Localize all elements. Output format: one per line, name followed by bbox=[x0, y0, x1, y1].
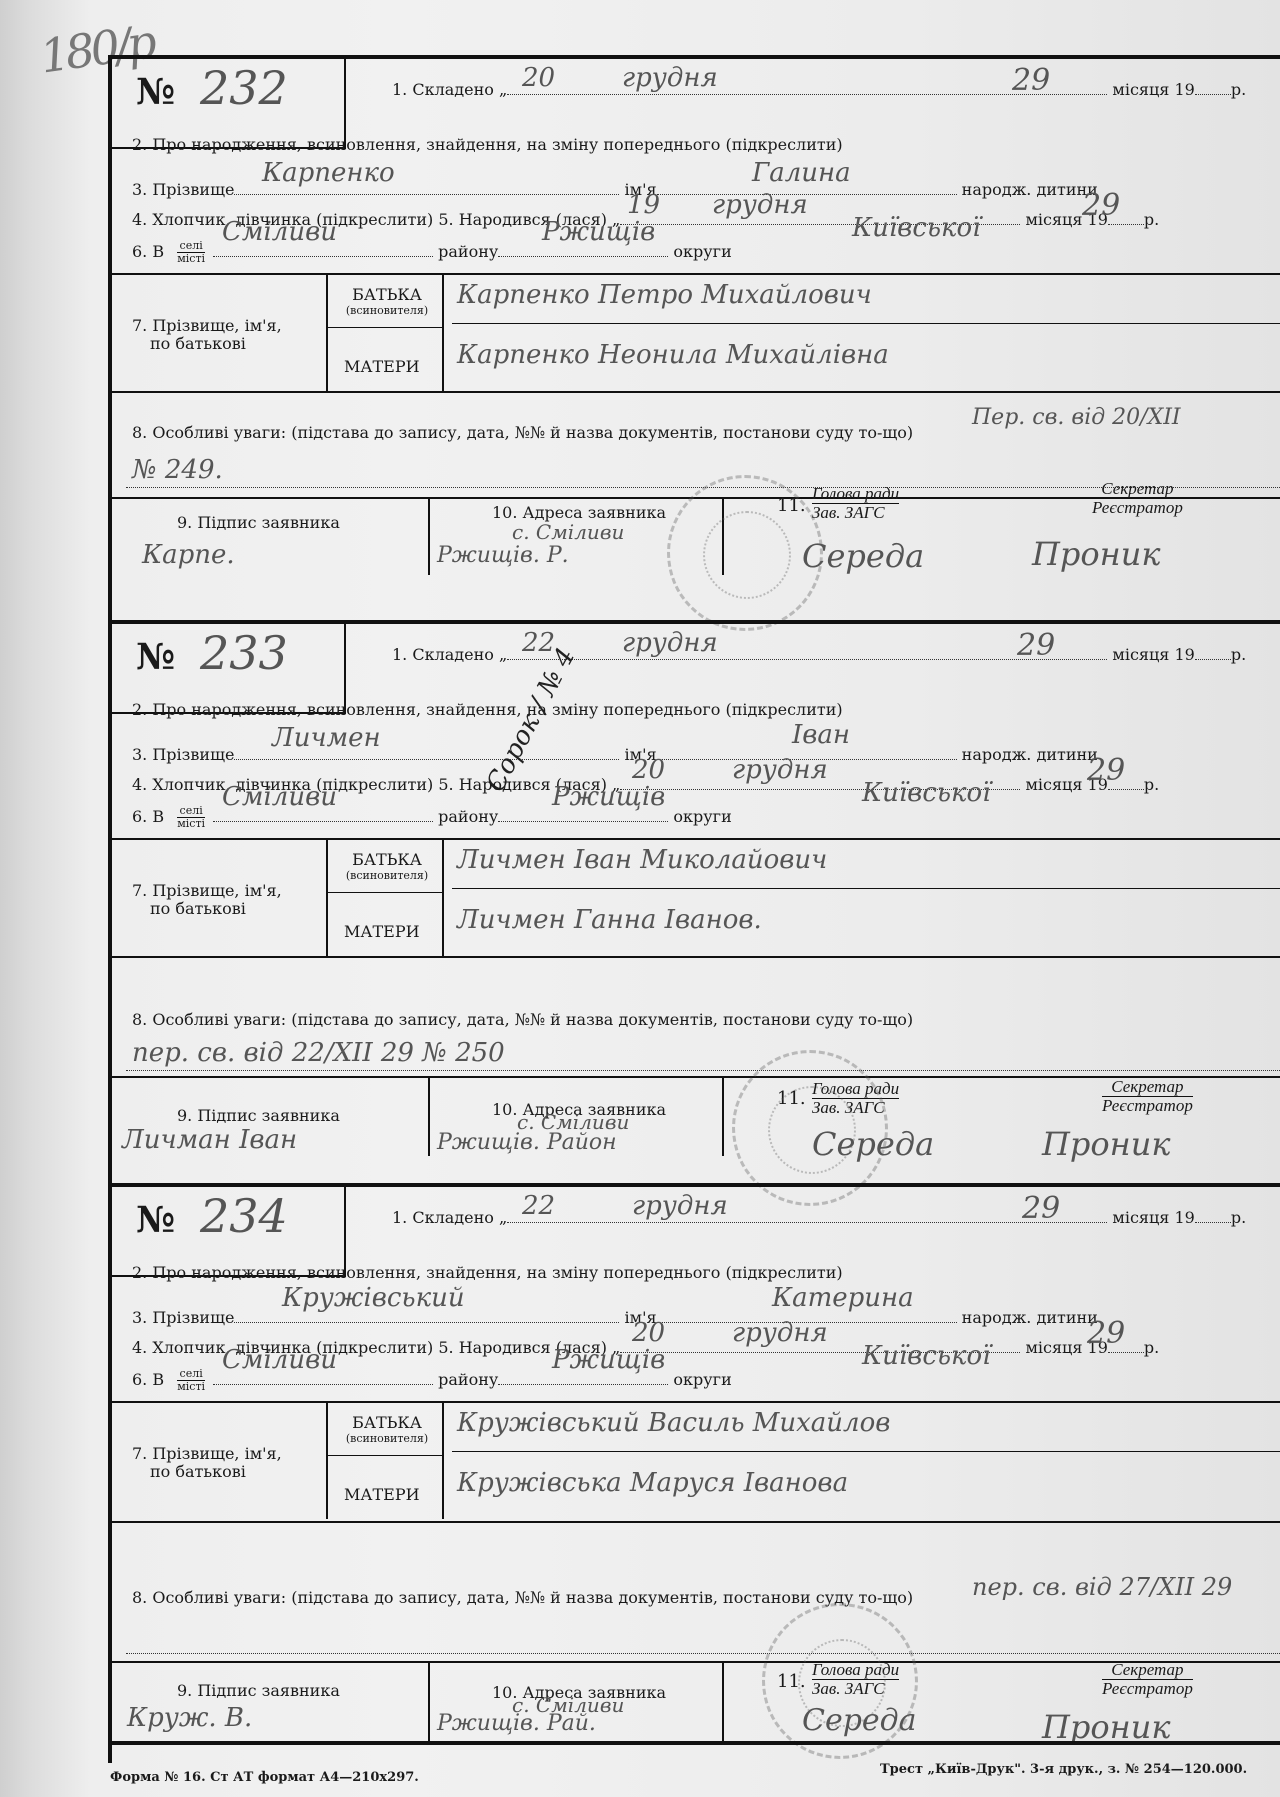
divider bbox=[428, 497, 430, 575]
mother-value: Кружівська Маруся Іванова bbox=[457, 1468, 848, 1498]
registrar-label: Реєстратор bbox=[1102, 1097, 1193, 1115]
form-footer-left: Форма № 16. Ст АТ формат А4—210x297. bbox=[110, 1770, 419, 1785]
official-stamp bbox=[667, 475, 823, 631]
divider bbox=[328, 892, 442, 893]
gender-label: 4. Хлопчик, дівчинка (підкреслити) 5. На… bbox=[132, 775, 620, 794]
birth-year: 29 bbox=[1087, 753, 1125, 788]
district-value: Ржищів bbox=[552, 1345, 665, 1375]
secretary-title: Секретар Реєстратор bbox=[1102, 1078, 1193, 1115]
divider bbox=[328, 1455, 442, 1456]
parents-label: 7. Прізвище, ім'я, по батькові bbox=[132, 1445, 282, 1481]
first-name-value: Галина bbox=[752, 158, 851, 188]
divider bbox=[112, 838, 1280, 840]
father-value: Карпенко Петро Михайлович bbox=[457, 280, 872, 310]
mother-label: МАТЕРИ bbox=[344, 1485, 420, 1504]
composed-line: 1. Складено „ місяця 19р. bbox=[392, 645, 1246, 664]
divider bbox=[112, 1521, 1280, 1523]
child-birth-label: народж. дитини bbox=[962, 1308, 1098, 1327]
village-value: Сміливи bbox=[222, 1345, 337, 1375]
district-label: району bbox=[438, 1370, 498, 1389]
divider bbox=[722, 1076, 724, 1156]
year-suffix: р. bbox=[1144, 775, 1159, 794]
parents-label-2: по батькові bbox=[132, 900, 282, 918]
applicant-signature-value: Карпе. bbox=[142, 540, 235, 570]
okrug-value: Київської bbox=[862, 778, 991, 808]
city-label: місті bbox=[177, 253, 205, 265]
city-label: місті bbox=[177, 1381, 205, 1393]
composed-line: 1. Складено „ місяця 19р. bbox=[392, 80, 1246, 99]
parents-label: 7. Прізвище, ім'я, по батькові bbox=[132, 882, 282, 918]
composed-day: 22 bbox=[522, 1191, 555, 1221]
secretary-label: Секретар bbox=[1102, 1661, 1193, 1680]
parents-label-1: 7. Прізвище, ім'я, bbox=[132, 1445, 282, 1463]
parents-label-2: по батькові bbox=[132, 1463, 282, 1481]
registrar-label: Реєстратор bbox=[1092, 499, 1183, 517]
parents-label-2: по батькові bbox=[132, 335, 282, 353]
secretary-label: Секретар bbox=[1102, 1078, 1193, 1097]
divider bbox=[326, 838, 328, 956]
applicant-signature-label: 9. Підпис заявника bbox=[177, 1681, 340, 1700]
document-page: 180/p № 232 1. Складено „ місяця 19р. 20… bbox=[0, 0, 1280, 1797]
notes-label: 8. Особливі уваги: (підстава до запису, … bbox=[132, 423, 913, 442]
record-233: № 233 1. Складено „ місяця 19р. 22 грудн… bbox=[108, 620, 1280, 1185]
notes-value-2: № 249. bbox=[132, 455, 223, 485]
mother-label: МАТЕРИ bbox=[344, 922, 420, 941]
district-value: Ржищів bbox=[552, 782, 665, 812]
registrar-label: Реєстратор bbox=[1102, 1680, 1193, 1698]
about-line: 2. Про народження, всиновлення, знайденн… bbox=[132, 700, 843, 719]
divider bbox=[328, 327, 442, 328]
district-label: району bbox=[438, 242, 498, 261]
divider bbox=[452, 1451, 1280, 1452]
village-city-fraction: селімісті bbox=[177, 1368, 205, 1393]
about-line: 2. Про народження, всиновлення, знайденн… bbox=[132, 1263, 843, 1282]
okrug-label: округи bbox=[673, 807, 731, 826]
record-number: 233 bbox=[200, 626, 288, 680]
notes-label: 8. Особливі уваги: (підстава до запису, … bbox=[132, 1588, 913, 1607]
month-label: місяця 19 bbox=[1112, 80, 1194, 99]
divider bbox=[428, 1661, 430, 1741]
year-suffix: р. bbox=[1144, 210, 1159, 229]
surname-label: 3. Прізвище bbox=[132, 180, 234, 199]
father-label: БАТЬКА (всиновителя) bbox=[337, 850, 437, 882]
composed-month: грудня bbox=[632, 1191, 728, 1221]
father-value: Кружівський Василь Михайлов bbox=[457, 1408, 890, 1438]
father-label-text: БАТЬКА bbox=[337, 850, 437, 869]
mother-value: Личмен Ганна Іванов. bbox=[457, 905, 762, 935]
divider bbox=[442, 838, 444, 956]
adopter-label: (всиновителя) bbox=[337, 869, 437, 882]
year-suffix: р. bbox=[1231, 645, 1246, 664]
parents-label-1: 7. Прізвище, ім'я, bbox=[132, 882, 282, 900]
composed-label: 1. Складено „ bbox=[392, 645, 507, 664]
surname-line: 3. Прізвище ім'я народж. дитини bbox=[132, 1308, 1098, 1327]
head-title: Голова ради Зав. ЗАГС bbox=[812, 485, 899, 522]
birth-month: грудня bbox=[732, 1318, 828, 1348]
father-label-text: БАТЬКА bbox=[337, 285, 437, 304]
head-council-label: Голова ради bbox=[812, 485, 899, 504]
composed-month: грудня bbox=[622, 628, 718, 658]
applicant-address-2: Ржищів. Рай. bbox=[437, 1711, 596, 1736]
composed-label: 1. Складено „ bbox=[392, 80, 507, 99]
district-label: району bbox=[438, 807, 498, 826]
record-234: № 234 1. Складено „ місяця 19р. 22 грудн… bbox=[108, 1183, 1280, 1763]
surname-value: Карпенко bbox=[262, 158, 395, 188]
adopter-label: (всиновителя) bbox=[337, 304, 437, 317]
official-stamp bbox=[762, 1603, 918, 1759]
about-line: 2. Про народження, всиновлення, знайденн… bbox=[132, 135, 843, 154]
birth-month: грудня bbox=[732, 755, 828, 785]
record-232: № 232 1. Складено „ місяця 19р. 20 грудн… bbox=[108, 55, 1280, 623]
village-value: Сміливи bbox=[222, 782, 337, 812]
secretary-signature: Проник bbox=[1042, 1125, 1170, 1163]
district-value: Ржищів bbox=[542, 217, 655, 247]
bottom-border bbox=[112, 1741, 1280, 1745]
applicant-signature-label: 9. Підпис заявника bbox=[177, 513, 340, 532]
divider bbox=[112, 956, 1280, 958]
notes-value-2: пер. св. від 22/XII 29 № 250 bbox=[132, 1038, 505, 1068]
divider bbox=[442, 1401, 444, 1519]
surname-label: 3. Прізвище bbox=[132, 1308, 234, 1327]
applicant-signature-value: Личман Іван bbox=[122, 1125, 297, 1155]
birth-year: 29 bbox=[1082, 188, 1120, 223]
year-suffix: р. bbox=[1231, 1208, 1246, 1227]
parents-label-1: 7. Прізвище, ім'я, bbox=[132, 317, 282, 335]
father-label-text: БАТЬКА bbox=[337, 1413, 437, 1432]
year-suffix: р. bbox=[1144, 1338, 1159, 1357]
number-sign: № bbox=[136, 1199, 175, 1241]
divider bbox=[452, 888, 1280, 889]
mother-label: МАТЕРИ bbox=[344, 357, 420, 376]
father-label: БАТЬКА (всиновителя) bbox=[337, 285, 437, 317]
secretary-signature: Проник bbox=[1032, 535, 1160, 573]
mother-value: Карпенко Неонила Михайлівна bbox=[457, 340, 889, 370]
divider bbox=[722, 1661, 724, 1741]
composed-year: 29 bbox=[1022, 1191, 1060, 1226]
divider bbox=[112, 273, 1280, 275]
divider bbox=[428, 1076, 430, 1156]
divider bbox=[326, 1401, 328, 1519]
composed-year: 29 bbox=[1012, 63, 1050, 98]
record-number: 234 bbox=[200, 1189, 288, 1243]
child-birth-label: народж. дитини bbox=[962, 745, 1098, 764]
divider bbox=[452, 323, 1280, 324]
okrug-value: Київської bbox=[862, 1341, 991, 1371]
surname-label: 3. Прізвище bbox=[132, 745, 234, 764]
secretary-title: Секретар Реєстратор bbox=[1102, 1661, 1193, 1698]
notes-value-1: пер. св. від 27/XII 29 bbox=[972, 1573, 1232, 1601]
surname-value: Кружівський bbox=[282, 1283, 465, 1313]
birth-month: грудня bbox=[712, 190, 808, 220]
divider bbox=[442, 273, 444, 391]
first-name-value: Катерина bbox=[772, 1283, 914, 1313]
divider bbox=[126, 1653, 1280, 1654]
birth-year: 29 bbox=[1087, 1316, 1125, 1351]
father-label: БАТЬКА (всиновителя) bbox=[337, 1413, 437, 1445]
surname-value: Личмен bbox=[272, 723, 381, 753]
okrug-label: округи bbox=[673, 1370, 731, 1389]
village-value: Сміливи bbox=[222, 217, 337, 247]
first-name-value: Іван bbox=[792, 720, 850, 750]
record-number: 232 bbox=[200, 61, 288, 115]
gender-label: 4. Хлопчик, дівчинка (підкреслити) 5. На… bbox=[132, 1338, 620, 1357]
parents-label: 7. Прізвище, ім'я, по батькові bbox=[132, 317, 282, 353]
notes-label: 8. Особливі уваги: (підстава до запису, … bbox=[132, 1010, 913, 1029]
divider bbox=[126, 1070, 1280, 1071]
applicant-address-2: Ржищів. Р. bbox=[437, 543, 569, 568]
number-sign: № bbox=[136, 71, 175, 113]
secretary-label: Секретар bbox=[1092, 480, 1183, 499]
month-label: місяця 19 bbox=[1112, 645, 1194, 664]
applicant-signature-value: Круж. В. bbox=[127, 1703, 252, 1733]
number-sign: № bbox=[136, 636, 175, 678]
birth-day: 19 bbox=[627, 190, 660, 220]
birth-day: 20 bbox=[632, 755, 665, 785]
in-label: 6. В bbox=[132, 1370, 164, 1389]
child-birth-label: народж. дитини bbox=[962, 180, 1098, 199]
birth-day: 20 bbox=[632, 1318, 665, 1348]
adopter-label: (всиновителя) bbox=[337, 1432, 437, 1445]
diagonal-annotation: Сорок / № 4 bbox=[481, 643, 582, 797]
year-suffix: р. bbox=[1231, 80, 1246, 99]
divider bbox=[326, 273, 328, 391]
month-label: місяця 19 bbox=[1112, 1208, 1194, 1227]
in-label: 6. В bbox=[132, 242, 164, 261]
composed-label: 1. Складено „ bbox=[392, 1208, 507, 1227]
divider bbox=[112, 391, 1280, 393]
form-footer-right: Трест „Київ-Друк". 3-я друк., з. № 254—1… bbox=[880, 1762, 1247, 1777]
city-label: місті bbox=[177, 818, 205, 830]
applicant-address-2: Ржищів. Район bbox=[437, 1130, 617, 1155]
composed-month: грудня bbox=[622, 63, 718, 93]
okrug-value: Київської bbox=[852, 213, 981, 243]
applicant-signature-label: 9. Підпис заявника bbox=[177, 1106, 340, 1125]
in-label: 6. В bbox=[132, 807, 164, 826]
head-zags-label: Зав. ЗАГС bbox=[812, 504, 899, 522]
father-value: Личмен Іван Миколайович bbox=[457, 845, 827, 875]
notes-value-1: Пер. св. від 20/XII bbox=[972, 405, 1181, 430]
divider bbox=[112, 1401, 1280, 1403]
secretary-title: Секретар Реєстратор bbox=[1092, 480, 1183, 517]
composed-year: 29 bbox=[1017, 628, 1055, 663]
okrug-label: округи bbox=[673, 242, 731, 261]
village-city-fraction: селімісті bbox=[177, 805, 205, 830]
composed-day: 20 bbox=[522, 63, 555, 93]
composed-line: 1. Складено „ місяця 19р. bbox=[392, 1208, 1246, 1227]
applicant-address-1: с. Сміливи bbox=[512, 520, 624, 544]
village-city-fraction: селімісті bbox=[177, 240, 205, 265]
